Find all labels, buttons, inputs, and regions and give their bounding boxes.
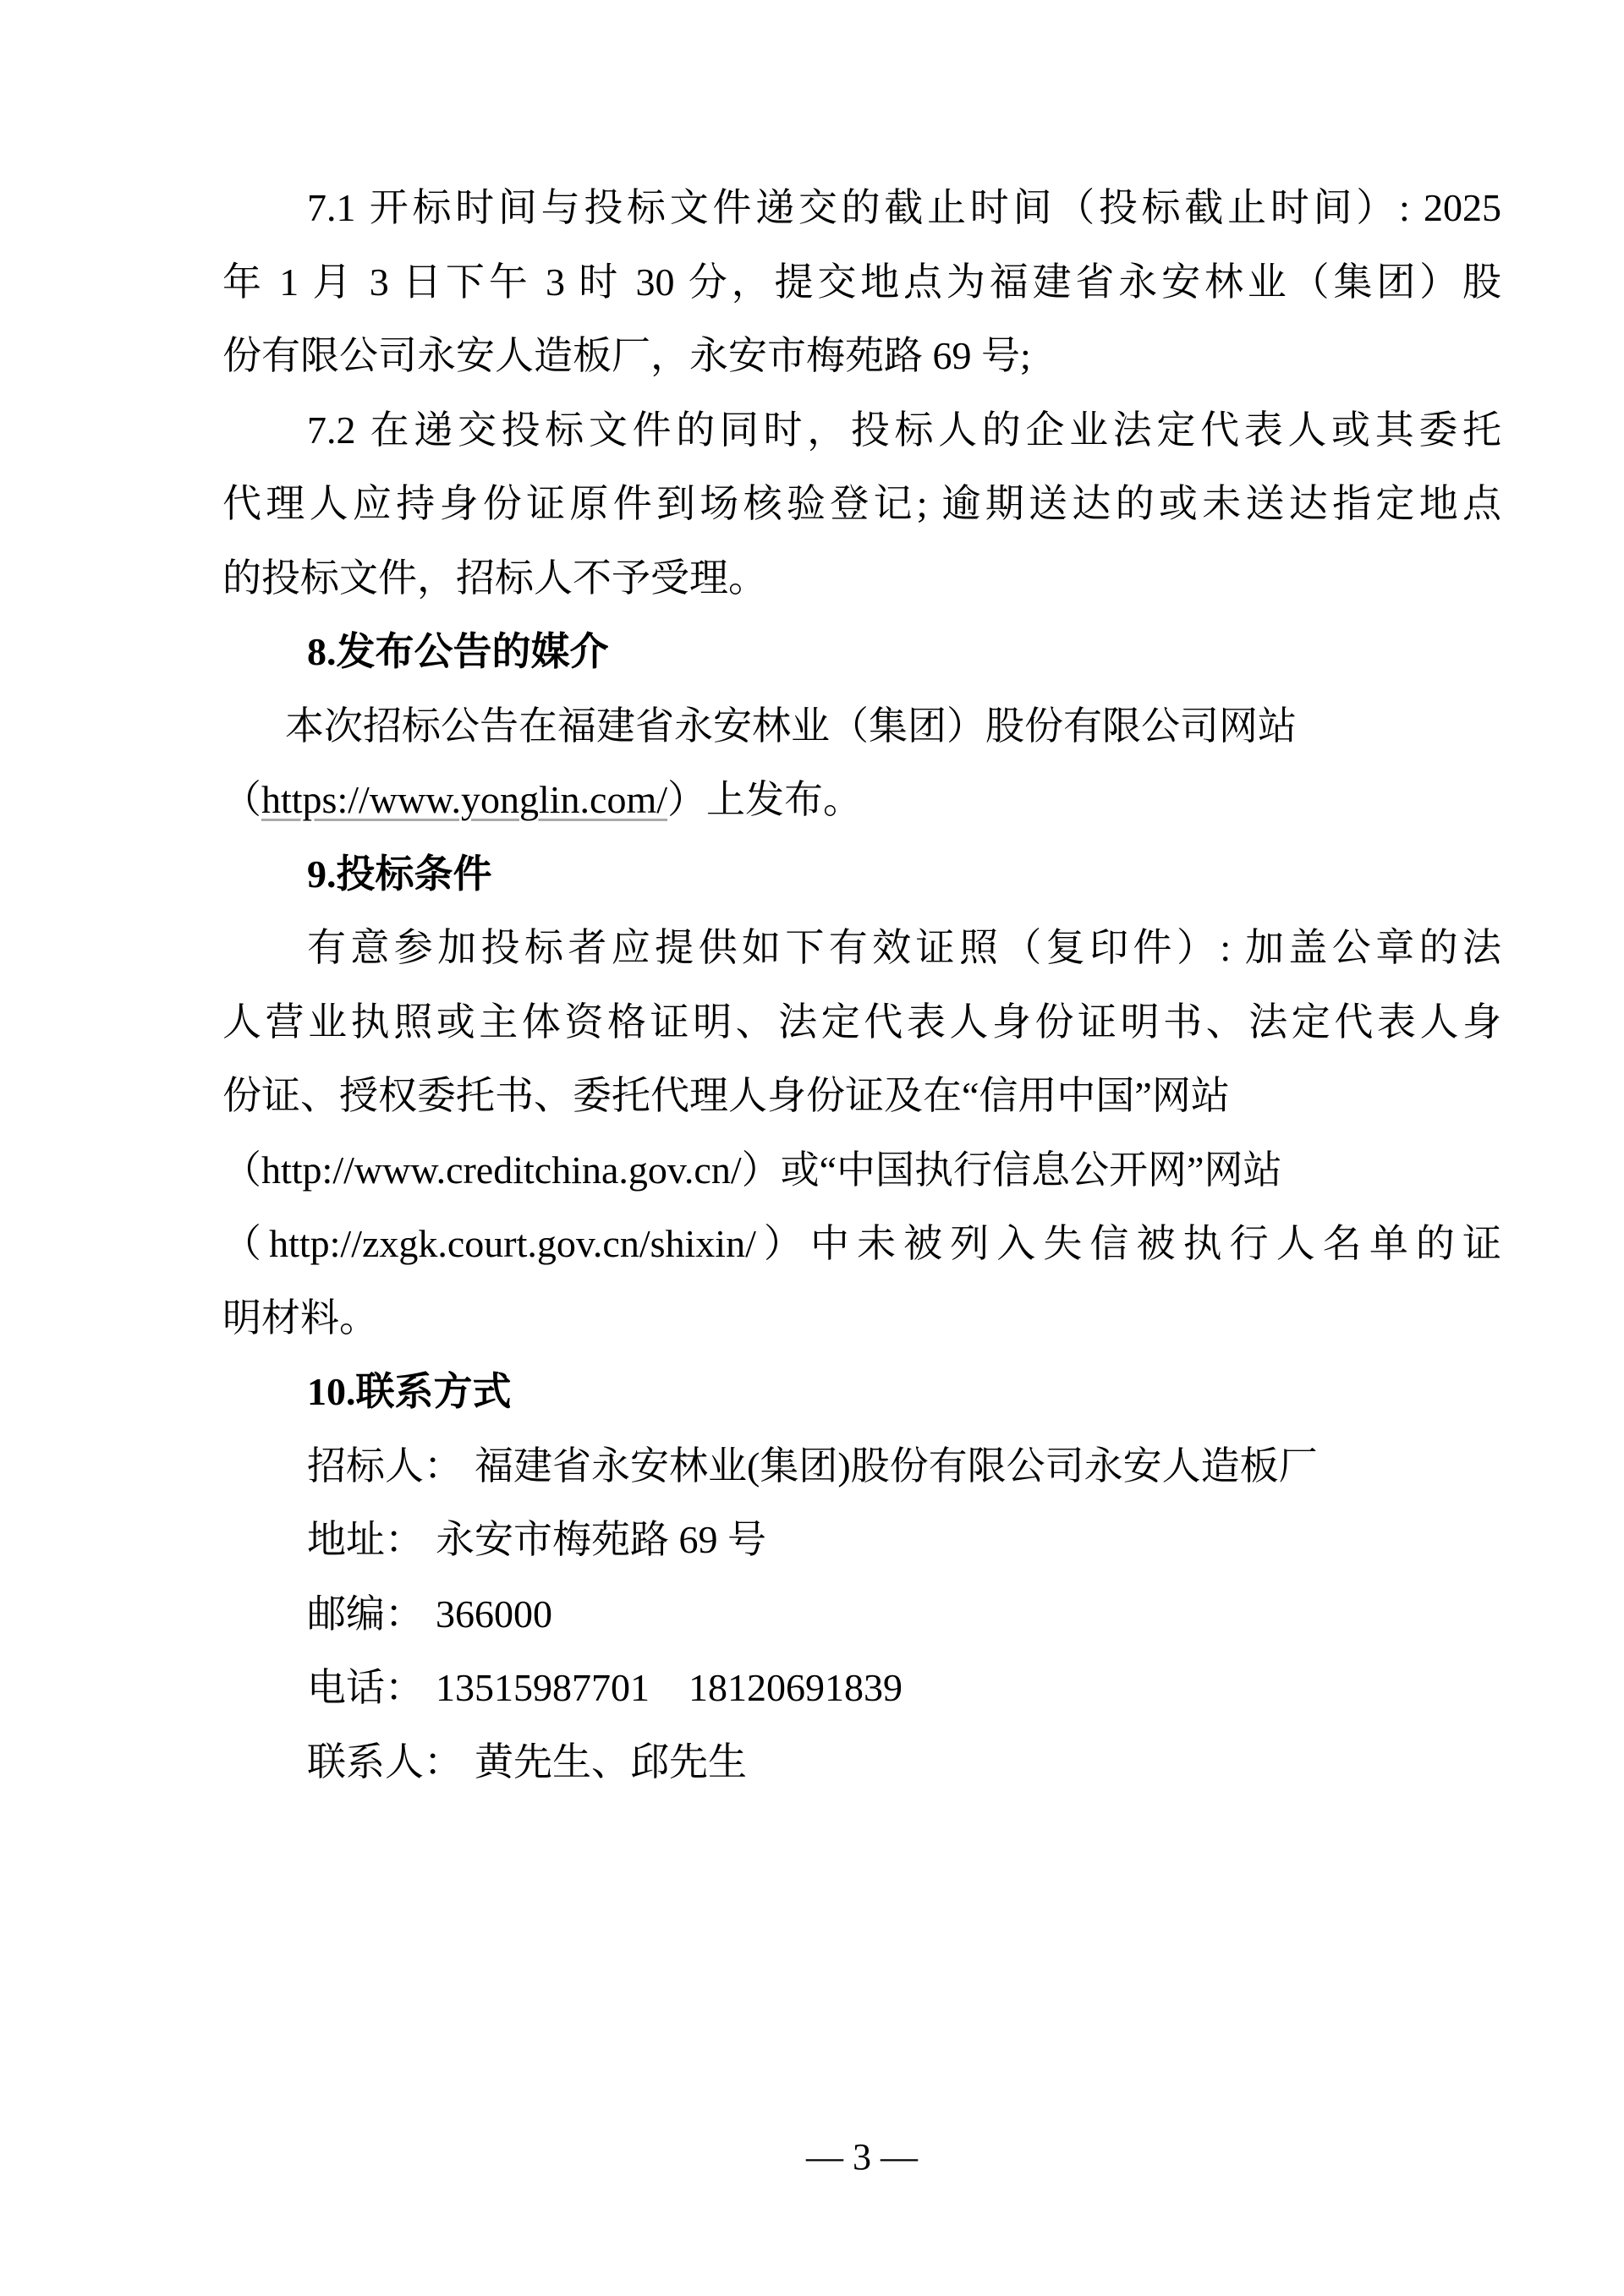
postcode-label: 邮编： [307, 1592, 424, 1636]
section-9-body-line-5-zxgk-url: （http://zxgk.court.gov.cn/shixin/）中未被列入失… [222, 1219, 1501, 1269]
document-page: 7.1 开标时间与投标文件递交的截止时间（投标截止时间）: 2025 年 1 月… [0, 0, 1624, 2296]
clause-7-2-line-1: 7.2 在递交投标文件的同时，投标人的企业法定代表人或其委托 [307, 406, 1501, 455]
section-8-body-line-1: 本次招标公告在福建省永安林业（集团）股份有限公司网站 [285, 702, 1501, 751]
section-9-body-line-3: 份证、授权委托书、委托代理人身份证及在“信用中国”网站 [222, 1071, 1501, 1121]
address-label: 地址： [307, 1518, 424, 1561]
postcode-value: 366000 [436, 1592, 552, 1636]
bidder-label: 招标人： [307, 1444, 463, 1488]
contact-row-person: 联系人：黄先生、邱先生 [307, 1738, 1501, 1787]
bidder-value: 福建省永安林业(集团)股份有限公司永安人造板厂 [475, 1444, 1318, 1488]
address-value: 永安市梅苑路 69 号 [436, 1518, 766, 1561]
clause-7-1-line-3: 份有限公司永安人造板厂，永安市梅苑路 69 号; [222, 332, 1501, 381]
contact-row-bidder: 招标人：福建省永安林业(集团)股份有限公司永安人造板厂 [307, 1442, 1501, 1491]
clause-7-1-line-2: 年 1 月 3 日下午 3 时 30 分，提交地点为福建省永安林业（集团）股 [222, 258, 1501, 307]
contact-row-postcode: 邮编：366000 [307, 1590, 1501, 1639]
contact-row-address: 地址：永安市梅苑路 69 号 [307, 1515, 1501, 1564]
contact-row-phone: 电话：13515987701 18120691839 [307, 1663, 1501, 1712]
section-10-heading: 10.联系方式 [307, 1367, 1501, 1417]
clause-7-2-line-2: 代理人应持身份证原件到场核验登记; 逾期送达的或未送达指定地点 [222, 479, 1501, 529]
contact-person-value: 黄先生、邱先生 [475, 1740, 747, 1784]
phone-label: 电话： [307, 1666, 424, 1709]
url-close-text: ）上发布。 [667, 778, 862, 821]
contact-person-label: 联系人： [307, 1740, 463, 1784]
clause-7-2-line-3: 的投标文件，招标人不予受理。 [222, 554, 1501, 603]
section-9-heading: 9.投标条件 [307, 850, 1501, 899]
phone-value: 13515987701 18120691839 [436, 1666, 903, 1709]
section-9-body-line-6: 明材料。 [222, 1294, 1501, 1343]
page-number: — 3 — [222, 2135, 1501, 2179]
url-open-paren: （ [222, 778, 261, 821]
section-9-body-line-4-creditchina-url: （http://www.creditchina.gov.cn/）或“中国执行信息… [222, 1146, 1501, 1195]
section-9-body-line-2: 人营业执照或主体资格证明、法定代表人身份证明书、法定代表人身 [222, 998, 1501, 1047]
yonglin-website-link[interactable]: https://www.yonglin.com/ [261, 778, 667, 821]
section-8-body-line-2: （https://www.yonglin.com/）上发布。 [222, 775, 1501, 825]
section-8-heading: 8.发布公告的媒介 [307, 627, 1501, 677]
section-9-body-line-1: 有意参加投标者应提供如下有效证照（复印件）: 加盖公章的法 [307, 923, 1501, 973]
clause-7-1-line-1: 7.1 开标时间与投标文件递交的截止时间（投标截止时间）: 2025 [307, 184, 1501, 233]
